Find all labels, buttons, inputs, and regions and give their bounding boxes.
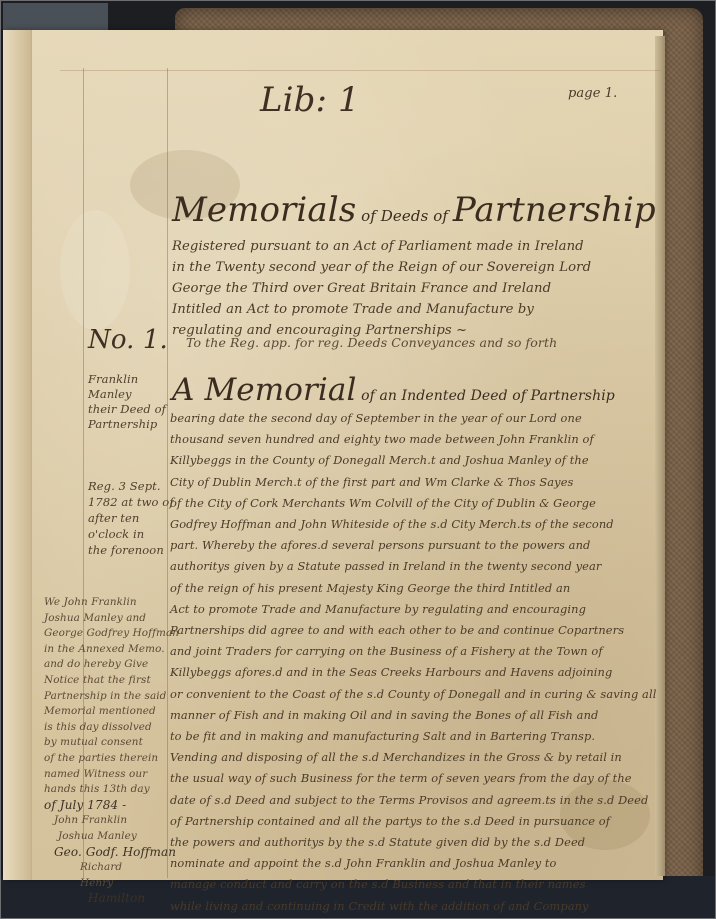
top-rule-line [60, 70, 660, 71]
margin-line: Partnership [88, 417, 166, 432]
entry-number: No. 1. [88, 325, 168, 355]
title-connector: of Deeds of [356, 207, 453, 225]
preamble-line: in the Twenty second year of the Reign o… [172, 257, 591, 278]
margin-registration-date: Reg. 3 Sept. 1782 at two of after ten o'… [88, 478, 174, 558]
note-line: by mutual consent [44, 735, 179, 751]
page-number: page 1. [568, 86, 617, 101]
note-line: Notice that the first [44, 673, 179, 689]
body-line: Killybeggs in the County of Donegall Mer… [170, 450, 656, 471]
signature: Geo. Godf. Hoffman [44, 845, 179, 861]
margin-line: Reg. 3 Sept. [88, 478, 174, 494]
margin-line: o'clock in [88, 526, 174, 542]
memorial-heading-main: A Memorial [172, 372, 357, 408]
margin-line: 1782 at two of [88, 494, 174, 510]
note-line: of the parties therein [44, 751, 179, 767]
body-line: thousand seven hundred and eighty two ma… [170, 429, 656, 450]
body-line: Act to promote Trade and Manufacture by … [170, 599, 656, 620]
note-line: and do hereby Give [44, 657, 179, 673]
document-title: Memorials of Deeds of Partnership [172, 190, 656, 230]
body-line: bearing date the second day of September… [170, 408, 656, 429]
signature: Richard [44, 860, 179, 876]
memorial-body: bearing date the second day of September… [170, 408, 656, 917]
margin-line: Manley [88, 387, 166, 402]
signature: John Franklin [44, 813, 179, 829]
note-line: Partnership in the said [44, 689, 179, 705]
body-line: to be fit and in making and manufacturin… [170, 726, 656, 747]
signature: Henry [44, 876, 179, 892]
note-line-date: of July 1784 - [44, 798, 179, 814]
body-line: part. Whereby the afores.d several perso… [170, 535, 656, 556]
body-line: Killybeggs afores.d and in the Seas Cree… [170, 662, 656, 683]
book-label: Lib: 1 [260, 80, 360, 120]
note-line: in the Annexed Memo. [44, 642, 179, 658]
note-line: hands this 13th day [44, 782, 179, 798]
body-line: of the City of Cork Merchants Wm Colvill… [170, 493, 656, 514]
body-line: authoritys given by a Statute passed in … [170, 556, 656, 577]
body-line: City of Dublin Merch.t of the first part… [170, 472, 656, 493]
binding-fold [3, 30, 32, 880]
note-line: named Witness our [44, 767, 179, 783]
preamble-line: Registered pursuant to an Act of Parliam… [172, 236, 591, 257]
note-line: Memorial mentioned [44, 704, 179, 720]
signature: Hamilton [44, 891, 179, 907]
title-word-memorials: Memorials [172, 190, 356, 230]
preamble-block: Registered pursuant to an Act of Parliam… [172, 236, 591, 341]
body-line: Godfrey Hoffman and John Whiteside of th… [170, 514, 656, 535]
body-line: Partnerships did agree to and with each … [170, 620, 656, 641]
margin-line: Franklin [88, 372, 166, 387]
note-line: George Godfrey Hoffman [44, 626, 179, 642]
title-word-partnership: Partnership [453, 190, 656, 230]
page-edge [655, 36, 665, 876]
memorial-heading-sub: of an Indented Deed of Partnership [357, 388, 615, 404]
body-line: the usual way of such Business for the t… [170, 768, 656, 789]
memorial-heading: A Memorial of an Indented Deed of Partne… [172, 372, 615, 408]
paper-highlight [60, 210, 130, 330]
margin-line: the forenoon [88, 542, 174, 558]
fee-note: To the Reg. app. for reg. Deeds Conveyan… [186, 335, 557, 350]
body-line: of Partnership contained and all the par… [170, 811, 656, 832]
body-line: while living and continuing in Credit wi… [170, 896, 656, 917]
note-line: is this day dissolved [44, 720, 179, 736]
body-line: Vending and disposing of all the s.d Mer… [170, 747, 656, 768]
margin-line: after ten [88, 510, 174, 526]
body-line: or convenient to the Coast of the s.d Co… [170, 684, 656, 705]
signature: Joshua Manley [44, 829, 179, 845]
background-corner [3, 3, 108, 33]
note-line: We John Franklin [44, 595, 179, 611]
preamble-line: Intitled an Act to promote Trade and Man… [172, 299, 591, 320]
body-line: of the reign of his present Majesty King… [170, 578, 656, 599]
margin-parties: Franklin Manley their Deed of Partnershi… [88, 372, 166, 432]
margin-line: their Deed of [88, 402, 166, 417]
body-line: manage conduct and carry on the s.d Busi… [170, 874, 656, 895]
note-line: Joshua Manley and [44, 611, 179, 627]
body-line: and joint Traders for carrying on the Bu… [170, 641, 656, 662]
body-line: the powers and authoritys by the s.d Sta… [170, 832, 656, 853]
preamble-line: George the Third over Great Britain Fran… [172, 278, 591, 299]
body-line: nominate and appoint the s.d John Frankl… [170, 853, 656, 874]
body-line: date of s.d Deed and subject to the Term… [170, 790, 656, 811]
body-line: manner of Fish and in making Oil and in … [170, 705, 656, 726]
dissolution-note: We John Franklin Joshua Manley and Georg… [44, 595, 179, 907]
